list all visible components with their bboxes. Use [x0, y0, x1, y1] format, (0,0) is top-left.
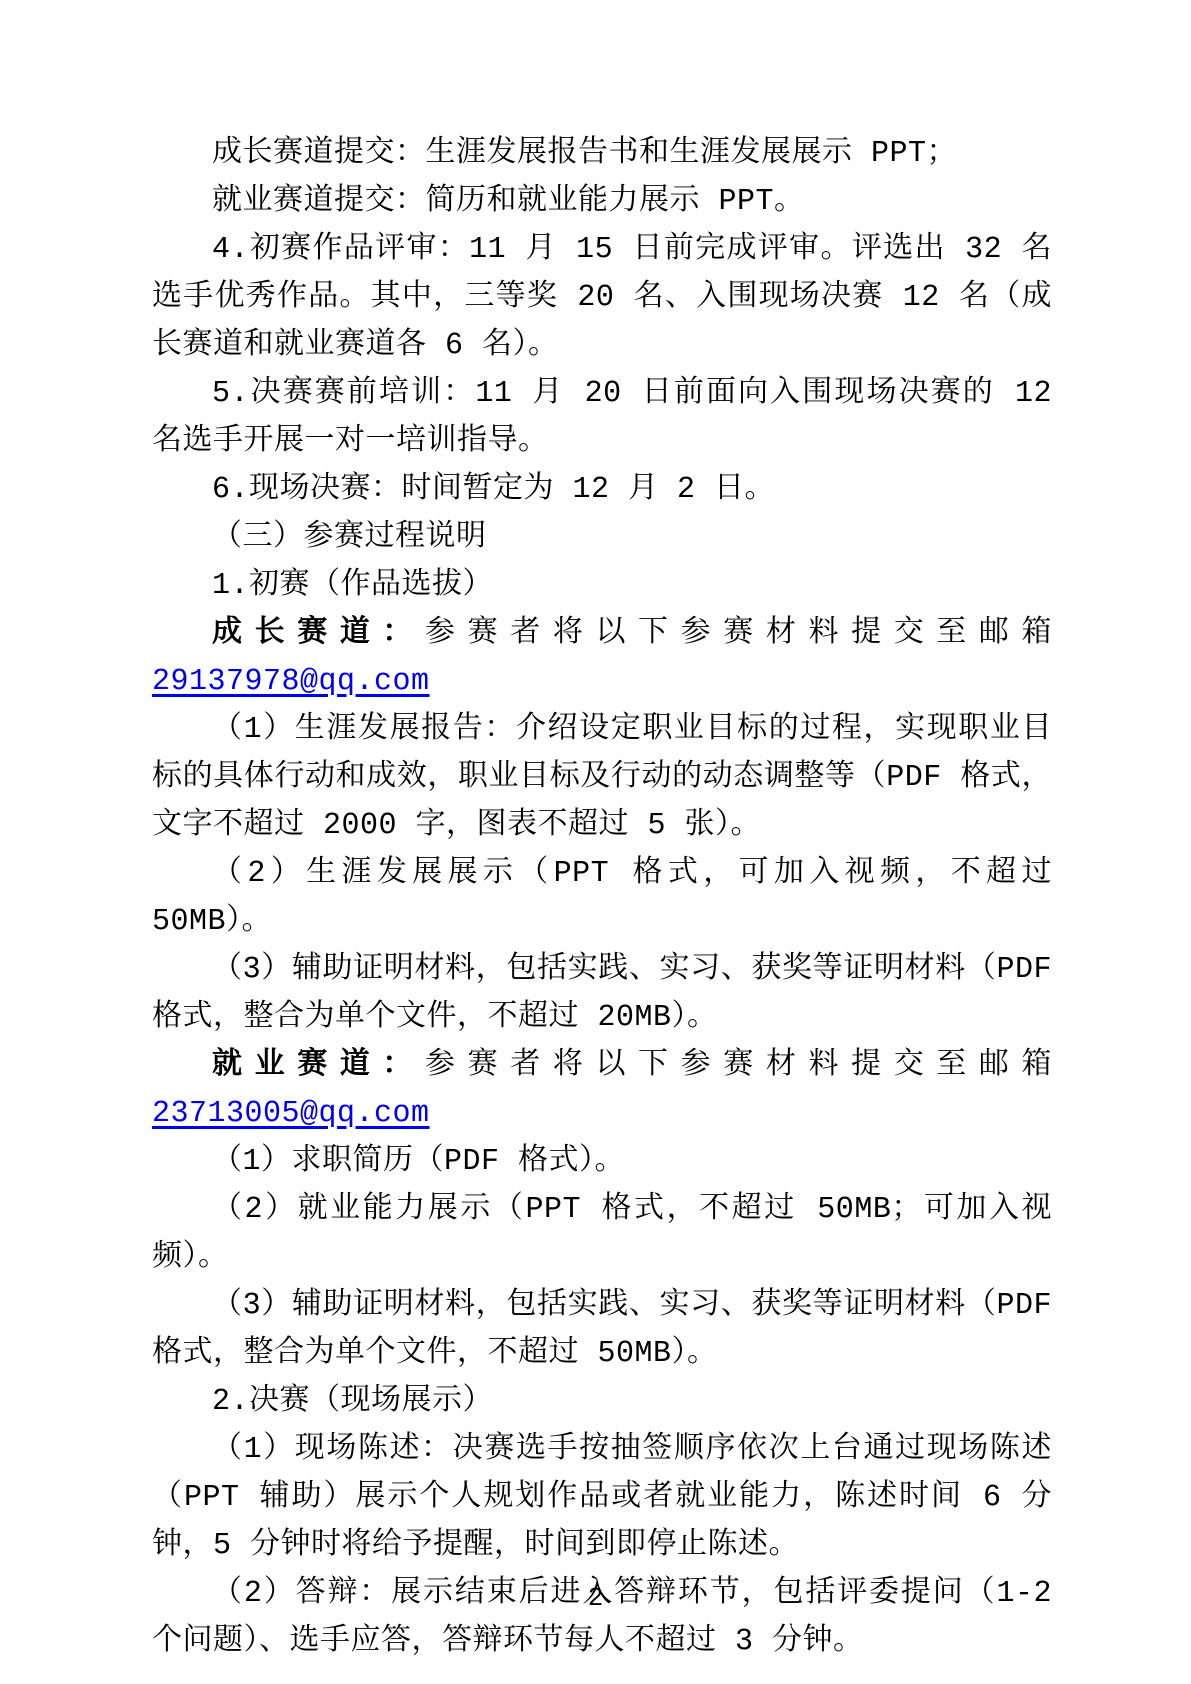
paragraph: 就业赛道提交：简历和就业能力展示 PPT。 [152, 178, 1052, 226]
text-run: 参赛者将以下参赛材料提交至邮箱 [425, 617, 1052, 651]
paragraph: 4.初赛作品评审：11 月 15 日前完成评审。评选出 32 名选手优秀作品。其… [152, 226, 1052, 370]
paragraph: （1）现场陈述：决赛选手按抽签顺序依次上台通过现场陈述（PPT 辅助）展示个人规… [152, 1426, 1052, 1570]
text-run: 2.决赛（现场展示） [212, 1385, 493, 1419]
text-run: 5.决赛赛前培训：11 月 20 日前面向入围现场决赛的 12 名选手开展一对一… [152, 377, 1052, 459]
email-link[interactable]: 29137978@qq.com [152, 665, 430, 699]
track-label: 成长赛道： [212, 617, 425, 651]
email-link[interactable]: 23713005@qq.com [152, 1097, 430, 1131]
document-body: 成长赛道提交：生涯发展报告书和生涯发展展示 PPT；就业赛道提交：简历和就业能力… [152, 130, 1052, 1666]
paragraph: （2）就业能力展示（PPT 格式，不超过 50MB；可加入视频）。 [152, 1186, 1052, 1282]
text-run: 参赛者将以下参赛材料提交至邮箱 [425, 1049, 1052, 1083]
page-number: 2 [0, 1583, 1191, 1613]
paragraph: （1）求职简历（PDF 格式）。 [152, 1138, 1052, 1186]
paragraph: 2.决赛（现场展示） [152, 1378, 1052, 1426]
text-run: 6.现场决赛：时间暂定为 12 月 2 日。 [212, 473, 775, 507]
paragraph: （3）辅助证明材料，包括实践、实习、获奖等证明材料（PDF 格式，整合为单个文件… [152, 1282, 1052, 1378]
paragraph: 成长赛道：参赛者将以下参赛材料提交至邮箱 29137978@qq.com [152, 610, 1052, 706]
text-run: （1）现场陈述：决赛选手按抽签顺序依次上台通过现场陈述（PPT 辅助）展示个人规… [152, 1433, 1052, 1563]
text-run: （2）生涯发展展示（PPT 格式，可加入视频，不超过 50MB）。 [152, 857, 1052, 939]
paragraph: 1.初赛（作品选拔） [152, 562, 1052, 610]
text-run: （1）求职简历（PDF 格式）。 [212, 1145, 625, 1179]
text-run: （1）生涯发展报告：介绍设定职业目标的过程，实现职业目标的具体行动和成效，职业目… [152, 713, 1052, 843]
paragraph: （1）生涯发展报告：介绍设定职业目标的过程，实现职业目标的具体行动和成效，职业目… [152, 706, 1052, 850]
text-run: 1.初赛（作品选拔） [212, 569, 493, 603]
paragraph: 成长赛道提交：生涯发展报告书和生涯发展展示 PPT； [152, 130, 1052, 178]
text-run: （三）参赛过程说明 [212, 521, 487, 555]
paragraph: 6.现场决赛：时间暂定为 12 月 2 日。 [152, 466, 1052, 514]
paragraph: 5.决赛赛前培训：11 月 20 日前面向入围现场决赛的 12 名选手开展一对一… [152, 370, 1052, 466]
track-label: 就业赛道： [212, 1049, 425, 1083]
paragraph: （3）辅助证明材料，包括实践、实习、获奖等证明材料（PDF 格式，整合为单个文件… [152, 946, 1052, 1042]
paragraph: （2）生涯发展展示（PPT 格式，可加入视频，不超过 50MB）。 [152, 850, 1052, 946]
text-run: （2）就业能力展示（PPT 格式，不超过 50MB；可加入视频）。 [152, 1193, 1052, 1275]
paragraph: （三）参赛过程说明 [152, 514, 1052, 562]
paragraph: 就业赛道：参赛者将以下参赛材料提交至邮箱 23713005@qq.com [152, 1042, 1052, 1138]
text-run: 成长赛道提交：生涯发展报告书和生涯发展展示 PPT； [212, 137, 957, 171]
text-run: （3）辅助证明材料，包括实践、实习、获奖等证明材料（PDF 格式，整合为单个文件… [152, 1289, 1052, 1371]
text-run: 4.初赛作品评审：11 月 15 日前完成评审。评选出 32 名选手优秀作品。其… [152, 233, 1052, 363]
text-run: （3）辅助证明材料，包括实践、实习、获奖等证明材料（PDF 格式，整合为单个文件… [152, 953, 1052, 1035]
document-page: 成长赛道提交：生涯发展报告书和生涯发展展示 PPT；就业赛道提交：简历和就业能力… [0, 0, 1191, 1684]
text-run: 就业赛道提交：简历和就业能力展示 PPT。 [212, 185, 805, 219]
